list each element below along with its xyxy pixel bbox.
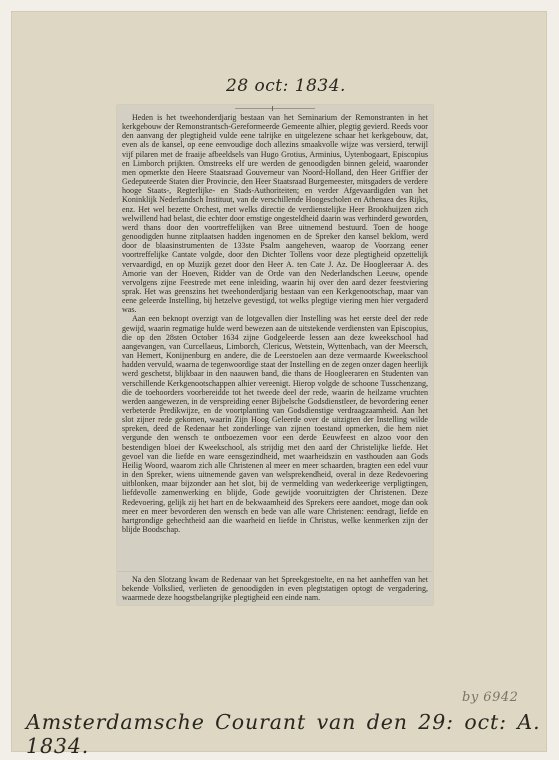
clipping-paragraph-2: Aan een beknopt overzigt van de lotgeval… — [122, 314, 428, 534]
newspaper-clipping-closing: Na den Slotzang kwam de Redenaar van het… — [117, 572, 433, 605]
clipping-paragraph-1: Heden is het tweehonderdjarig bestaan va… — [122, 113, 428, 314]
newspaper-clipping-main: Heden is het tweehonderdjarig bestaan va… — [117, 105, 433, 571]
handwritten-source-caption: Amsterdamsche Courant van den 29: oct: A… — [26, 710, 559, 758]
ornament-divider — [117, 105, 433, 111]
handwritten-date: 28 oct: 1834. — [226, 76, 346, 96]
handwritten-reference-number: by 6942 — [462, 690, 518, 705]
clipping-closing-paragraph: Na den Slotzang kwam de Redenaar van het… — [122, 575, 428, 602]
